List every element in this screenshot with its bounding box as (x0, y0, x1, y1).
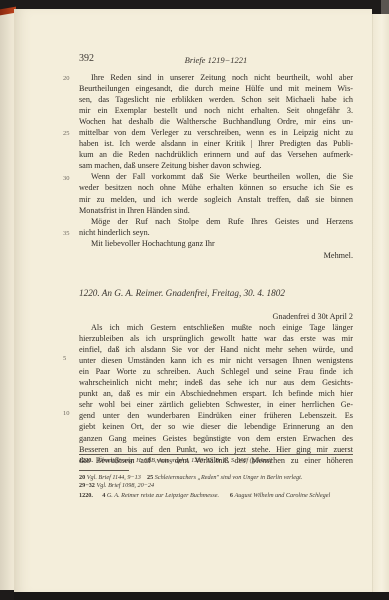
text-line: Mit liebevoller Hochachtung ganz Ihr (79, 238, 353, 249)
text-line: nicht hinderlich seyn. (79, 227, 353, 238)
text-line: gend unter den wunderbaren Eindrüken ein… (79, 410, 353, 421)
text-line: Möge der Ruf nach Stolpe dem Rufe Ihres … (79, 216, 353, 227)
notes-divider (79, 470, 129, 471)
note-ref: 20 (79, 474, 85, 481)
text-line: Ihre Reden sind in unserer Zeitung noch … (79, 72, 353, 83)
note-ref: 29−32 (79, 482, 95, 489)
text-line: hierzubleiben als ich ursprünglich gewol… (79, 333, 353, 344)
text-line: mittelbar von dem Verleger zu verschreib… (79, 127, 353, 138)
line-number: 20 (63, 75, 75, 82)
text-line: giebt keinen Ort, der so wie dieser die … (79, 421, 353, 432)
note-number: 1220. (79, 492, 93, 499)
text-line: Wochen hat deshalb die Walthersche Buchh… (79, 116, 353, 127)
text-line: Beurtheilungen eingesandt, die durch mei… (79, 83, 353, 94)
text-line: kum an die Reden nachdrüklich erinnern u… (79, 149, 353, 160)
text-line: sam machen, daß unsere Zeitung bisher da… (79, 160, 353, 171)
explanatory-notes: 20 Vgl. Brief 1144, 9−13 25 Schleiermach… (79, 474, 353, 501)
text-line: Monatsfrist in Ihren Händen sind. (79, 205, 353, 216)
page-stack-edge (372, 14, 389, 594)
text-line: Als ich mich Gestern entschließen mußte … (79, 322, 353, 333)
text-line: ein Paar Worte zu schreiben. Auch Schleg… (79, 366, 353, 377)
text-line: mir ein Exemplar bestellt und noch nicht… (79, 105, 353, 116)
signature: Mehmel. (79, 250, 353, 261)
note-text: August Wilhelm und Caroline Schlegel (235, 492, 331, 499)
text-line: punkt an, daß es mir ein Abschiednehmen … (79, 388, 353, 399)
dateline: Gnadenfrei d 30t April 2 (79, 311, 353, 322)
line-number: 25 (63, 130, 75, 137)
transmission-note: 1220. Überlieferung: H: SBB, Autograph I… (79, 457, 353, 465)
text-line: sen, das Tageslicht nie erblikken werden… (79, 94, 353, 105)
text-line: wahrscheinlich nicht mehr; indeß das seh… (79, 377, 353, 388)
running-head: Briefe 1219−1221 (79, 55, 353, 65)
text-line: sehr wohl bei einer zärtlich geliebten S… (79, 399, 353, 410)
note-line: 1220. 4 G. A. Reimer reiste zur Leipzige… (79, 492, 353, 500)
note-line: 29−32 Vgl. Brief 1098, 20−24 (79, 482, 353, 490)
note-text: Überlieferung: H: SBB, Autograph I, 1283… (98, 457, 272, 464)
line-number: 30 (63, 175, 75, 182)
text-line: ganzen Gang meines Geistes begünstigte v… (79, 433, 353, 444)
apparatus-divider (79, 454, 353, 455)
note-number: 1220. (79, 457, 93, 464)
text-line: mir zu melden, und ich werde sogleich An… (79, 194, 353, 205)
text-line: Besseren an bis auf den Punkt, wo ich je… (79, 444, 353, 455)
letter-1220-body: Gnadenfrei d 30t April 2 Als ich mich Ge… (79, 311, 353, 466)
note-text: Vgl. Brief 1098, 20−24 (96, 482, 154, 489)
note-ref: 25 (147, 474, 153, 481)
letter-1219-body: Ihre Reden sind in unserer Zeitung noch … (79, 72, 353, 261)
note-line: 20 Vgl. Brief 1144, 9−13 25 Schleiermach… (79, 474, 353, 482)
note-ref: 4 (102, 492, 105, 499)
note-text: G. A. Reimer reiste zur Leipziger Buchme… (107, 492, 219, 499)
line-number: 10 (63, 410, 75, 417)
text-line: einfiel, daß ich alsdann Sie vor der Han… (79, 344, 353, 355)
text-line: Wenn der Fall vorkommt daß Sie Werke beu… (79, 171, 353, 182)
text-line: weder besitzen noch ohne Mühe erhalten k… (79, 182, 353, 193)
background-bottom (14, 592, 389, 600)
line-number: 35 (63, 230, 75, 237)
note-ref: 6 (230, 492, 233, 499)
line-number: 5 (63, 355, 75, 362)
note-text: Schleiermachers „Reden" sind von Unger i… (155, 474, 303, 481)
note-text: Vgl. Brief 1144, 9−13 (87, 474, 141, 481)
background-corner (381, 0, 389, 14)
page-header: 392 Briefe 1219−1221 (79, 53, 353, 67)
text-line: unter diesen Umständen kann ich es mir n… (79, 355, 353, 366)
letter-1220-title: 1220. An G. A. Reimer. Gnadenfrei, Freit… (79, 288, 353, 298)
text-line: haben ist. Ich werde alsdann in einer Kr… (79, 138, 353, 149)
